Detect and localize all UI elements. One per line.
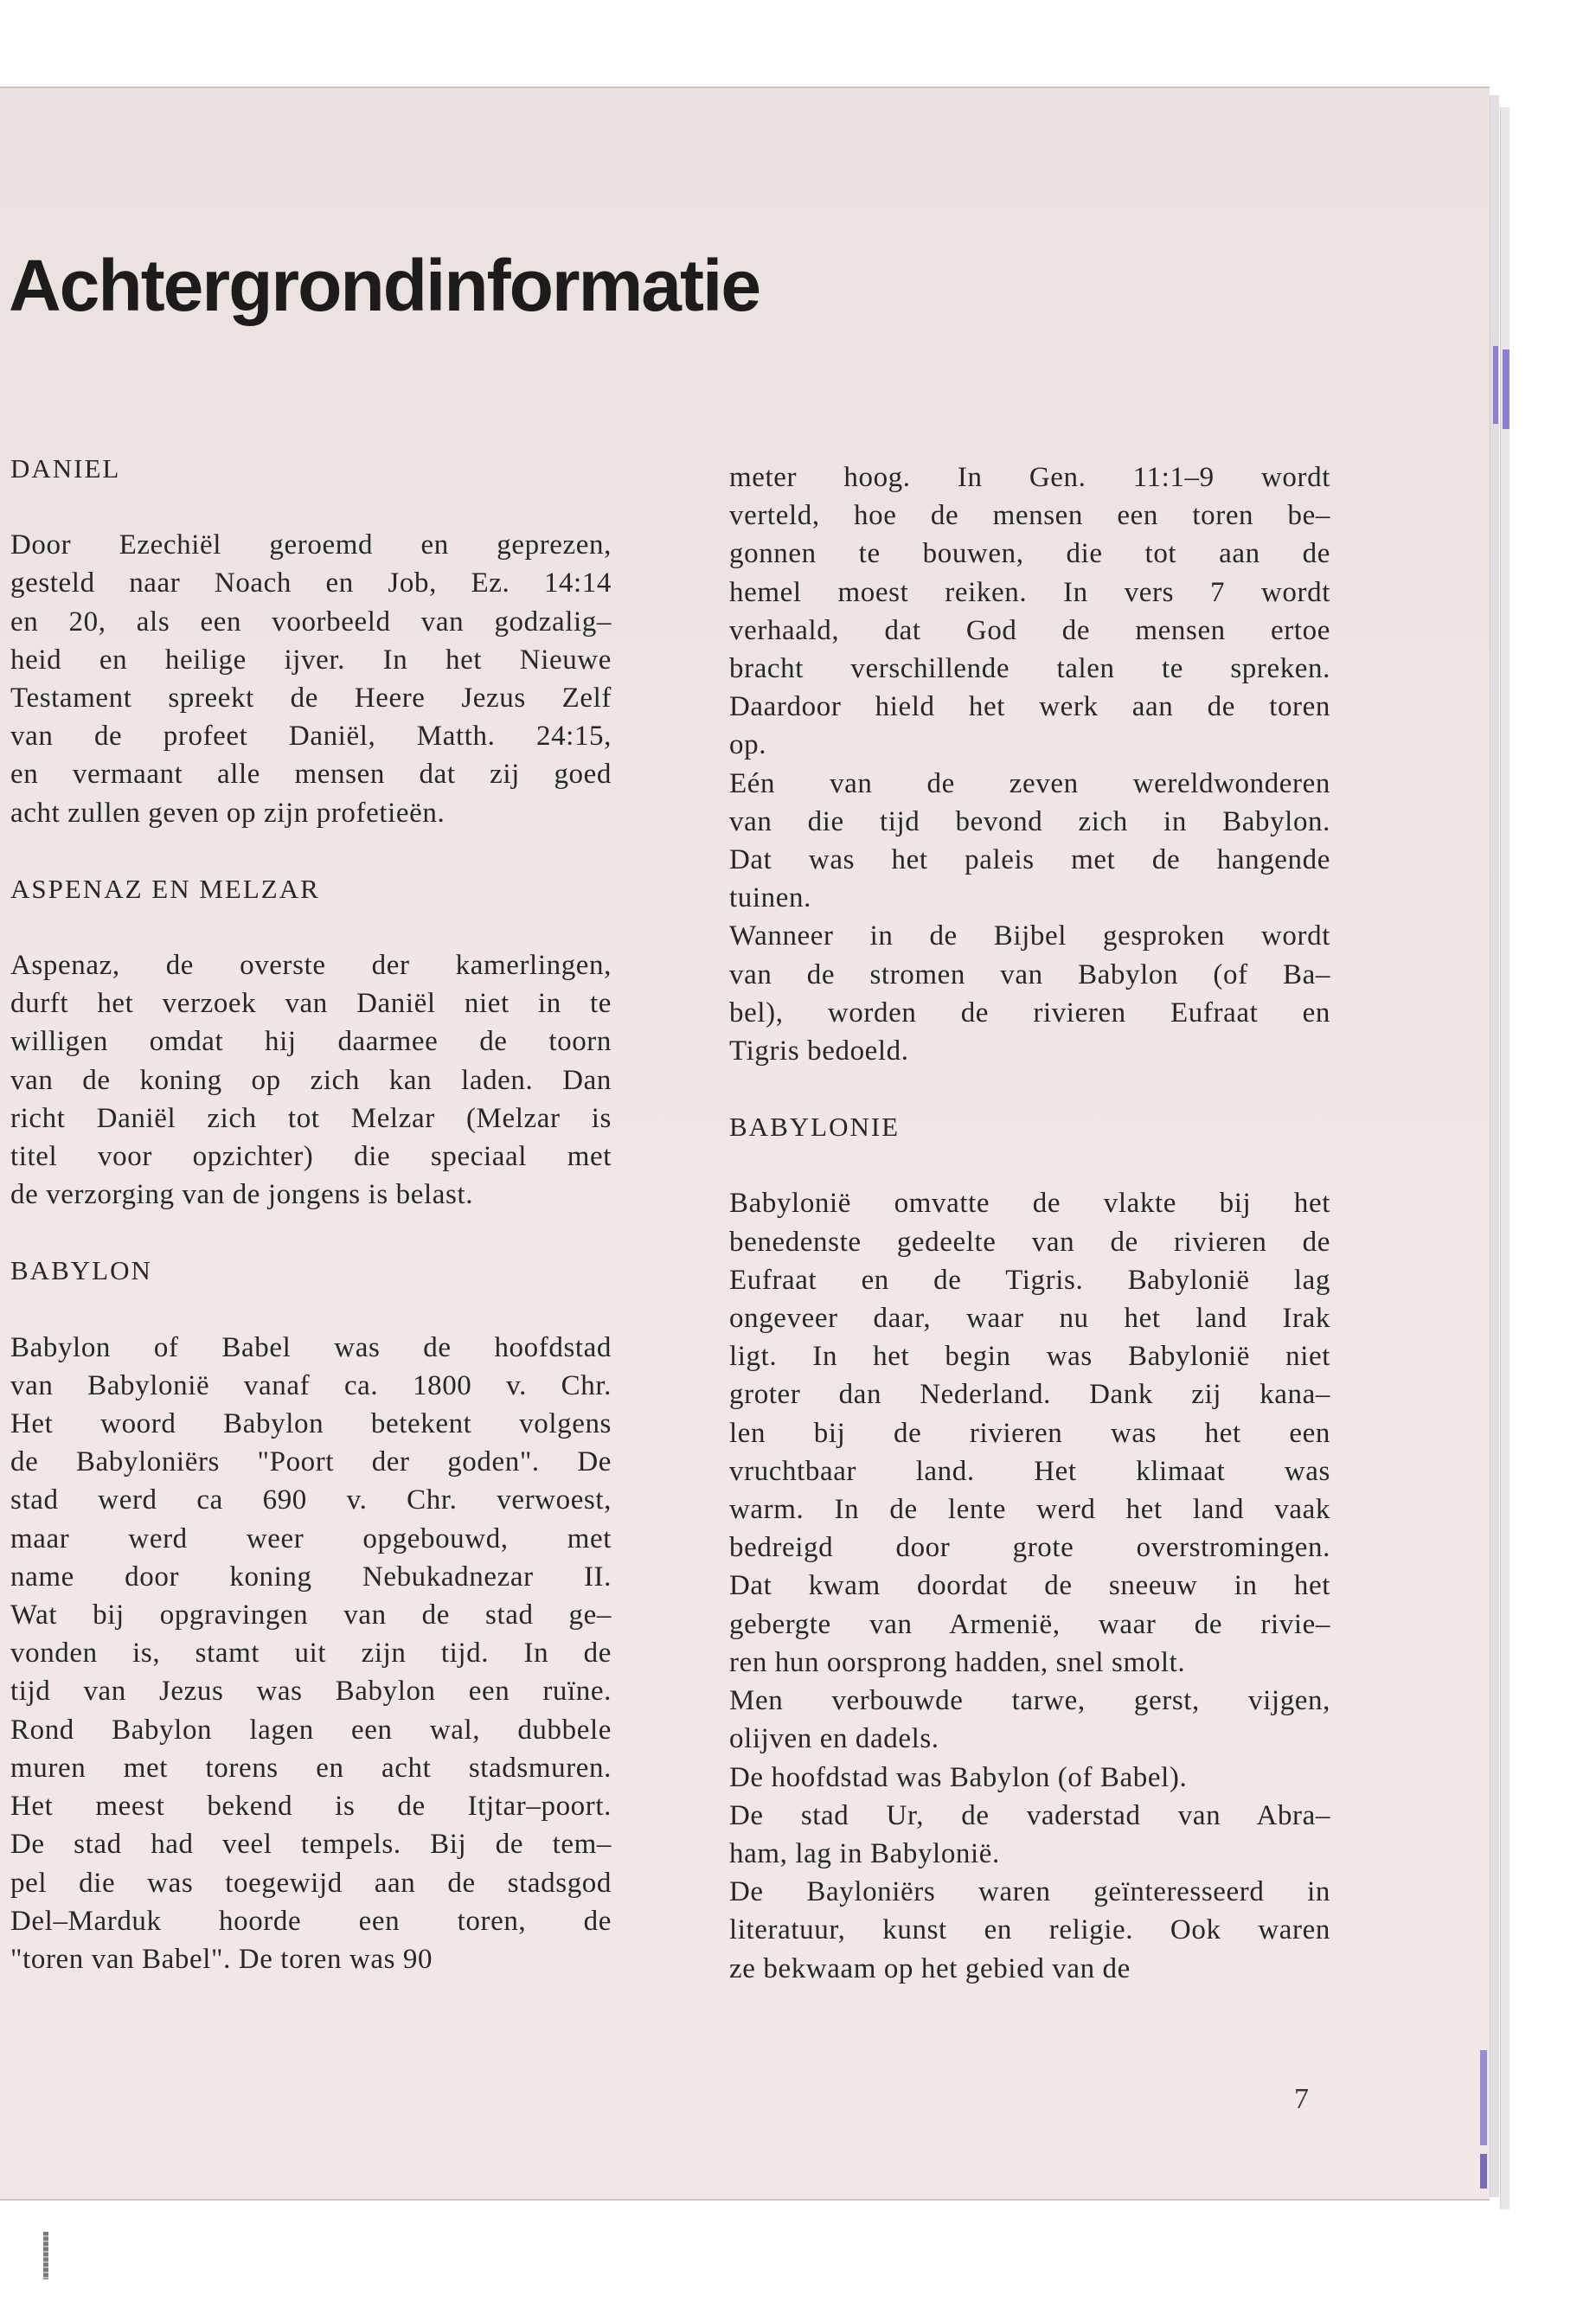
text-line: Del–Marduk hoorde een toren, de xyxy=(10,1902,612,1940)
text-line: titel voor opzichter) die speciaal met xyxy=(10,1138,612,1176)
text-line: Door Ezechiël geroemd en geprezen, xyxy=(10,526,612,564)
hoofdstad-paragraph: De hoofdstad was Babylon (of Babel). xyxy=(729,1759,1330,1797)
text-line: en vermaant alle mensen dat zij goed xyxy=(10,755,612,793)
text-line: bedreigd door grote overstromingen. xyxy=(729,1529,1330,1567)
text-line: literatuur, kunst en religie. Ook waren xyxy=(729,1911,1330,1949)
purple-tab-stripe xyxy=(1480,2154,1487,2189)
text-line: Aspenaz, de overste der kamerlingen, xyxy=(10,946,612,984)
text-line: Dat was het paleis met de hangende xyxy=(729,841,1330,879)
text-line: tuinen. xyxy=(729,879,1330,917)
text-line: Babylon of Babel was de hoofdstad xyxy=(10,1329,612,1367)
page-number: 7 xyxy=(1294,2083,1309,2116)
text-line: ham, lag in Babylonië. xyxy=(729,1835,1330,1873)
purple-tab-stripe xyxy=(1503,349,1509,429)
text-line: pel die was toegewijd aan de stadsgod xyxy=(10,1864,612,1902)
text-line: van de profeet Daniël, Matth. 24:15, xyxy=(10,717,612,755)
text-line: meter hoog. In Gen. 11:1–9 wordt xyxy=(729,458,1330,497)
text-line: Men verbouwde tarwe, gerst, vijgen, xyxy=(729,1682,1330,1720)
text-line: willigen omdat hij daarmee de toorn xyxy=(10,1022,612,1061)
text-line: bracht verschillende talen te spreken. xyxy=(729,650,1330,688)
text-line: maar werd weer opgebouwd, met xyxy=(10,1520,612,1558)
text-line: benedenste gedeelte van de rivieren de xyxy=(729,1223,1330,1261)
text-line: vruchtbaar land. Het klimaat was xyxy=(729,1452,1330,1490)
ur-paragraph: De stad Ur, de vaderstad van Abra–ham, l… xyxy=(729,1797,1330,1873)
text-line: gebergte van Armenië, waar de rivie– xyxy=(729,1606,1330,1644)
gewassen-paragraph: Men verbouwde tarwe, gerst, vijgen,olijv… xyxy=(729,1682,1330,1758)
text-line: warm. In de lente werd het land vaak xyxy=(729,1490,1330,1529)
text-line: De hoofdstad was Babylon (of Babel). xyxy=(729,1759,1330,1797)
section-body-babylonie: Babylonië omvatte de vlakte bij hetbened… xyxy=(729,1184,1330,1682)
text-line: Tigris bedoeld. xyxy=(729,1032,1330,1070)
text-line: Babylonië omvatte de vlakte bij het xyxy=(729,1184,1330,1222)
section-body-babylon: Babylon of Babel was de hoofdstadvan Bab… xyxy=(10,1329,612,1978)
wereldwonderen-paragraph: Eén van de zeven wereldwonderenvan die t… xyxy=(729,765,1330,918)
stromen-paragraph: Wanneer in de Bijbel gesproken wordtvan … xyxy=(729,917,1330,1070)
text-line: Het woord Babylon betekent volgens xyxy=(10,1405,612,1443)
text-line: van Babylonië vanaf ca. 1800 v. Chr. xyxy=(10,1367,612,1405)
text-line: Testament spreekt de Heere Jezus Zelf xyxy=(10,679,612,717)
purple-tab-stripe xyxy=(1493,346,1498,424)
text-line: len bij de rivieren was het een xyxy=(729,1414,1330,1452)
text-line: van die tijd bevond zich in Babylon. xyxy=(729,803,1330,841)
text-line: tijd van Jezus was Babylon een ruïne. xyxy=(10,1672,612,1710)
text-line: en 20, als een voorbeeld van godzalig– xyxy=(10,603,612,641)
text-line: richt Daniël zich tot Melzar (Melzar is xyxy=(10,1099,612,1138)
text-line: name door koning Nebukadnezar II. xyxy=(10,1558,612,1596)
text-line: groter dan Nederland. Dank zij kana– xyxy=(729,1375,1330,1413)
scan-artifact-mark xyxy=(43,2232,48,2279)
babyloniers-paragraph: De Bayloniërs waren geïnteresseerd inlit… xyxy=(729,1873,1330,1988)
text-line: Rond Babylon lagen een wal, dubbele xyxy=(10,1711,612,1749)
text-line: De stad Ur, de vaderstad van Abra– xyxy=(729,1797,1330,1835)
section-heading-babylon: BABYLON xyxy=(10,1252,612,1290)
text-line: gonnen te bouwen, die tot aan de xyxy=(729,535,1330,573)
text-line: van de koning op zich kan laden. Dan xyxy=(10,1061,612,1099)
section-body-daniel: Door Ezechiël geroemd en geprezen,gestel… xyxy=(10,526,612,832)
text-line: ren hun oorsprong hadden, snel smolt. xyxy=(729,1644,1330,1682)
text-line: verhaald, dat God de mensen ertoe xyxy=(729,612,1330,650)
left-column: DANIEL Door Ezechiël geroemd en geprezen… xyxy=(10,450,612,1978)
text-line: Eén van de zeven wereldwonderen xyxy=(729,765,1330,803)
text-line: Wanneer in de Bijbel gesproken wordt xyxy=(729,917,1330,955)
section-heading-aspenaz-en-melzar: ASPENAZ EN MELZAR xyxy=(10,870,612,908)
text-line: Daardoor hield het werk aan de toren xyxy=(729,688,1330,726)
text-line: ongeveer daar, waar nu het land Irak xyxy=(729,1299,1330,1337)
text-line: de verzorging van de jongens is belast. xyxy=(10,1176,612,1214)
text-line: de Babyloniërs "Poort der goden". De xyxy=(10,1443,612,1481)
section-body-aspenaz-en-melzar: Aspenaz, de overste der kamerlingen,durf… xyxy=(10,946,612,1214)
text-line: Het meest bekend is de Itjtar–poort. xyxy=(10,1787,612,1825)
page-title: Achtergrondinformatie xyxy=(9,244,760,328)
text-line: stad werd ca 690 v. Chr. verwoest, xyxy=(10,1481,612,1519)
text-line: bel), worden de rivieren Eufraat en xyxy=(729,994,1330,1032)
text-line: hemel moest reiken. In vers 7 wordt xyxy=(729,574,1330,612)
text-line: verteld, hoe de mensen een toren be– xyxy=(729,497,1330,535)
right-column: meter hoog. In Gen. 11:1–9 wordtverteld,… xyxy=(729,458,1330,1988)
text-line: heid en heilige ijver. In het Nieuwe xyxy=(10,641,612,679)
text-line: ze bekwaam op het gebied van de xyxy=(729,1950,1330,1988)
text-line: "toren van Babel". De toren was 90 xyxy=(10,1940,612,1978)
text-line: olijven en dadels. xyxy=(729,1720,1330,1758)
text-line: Wat bij opgravingen van de stad ge– xyxy=(10,1596,612,1634)
text-line: De stad had veel tempels. Bij de tem– xyxy=(10,1825,612,1863)
text-line: muren met torens en acht stadsmuren. xyxy=(10,1749,612,1787)
purple-tab-stripe xyxy=(1480,2050,1487,2145)
text-line: durft het verzoek van Daniël niet in te xyxy=(10,984,612,1022)
text-line: Eufraat en de Tigris. Babylonië lag xyxy=(729,1261,1330,1299)
text-line: vonden is, stamt uit zijn tijd. In de xyxy=(10,1634,612,1672)
text-line: op. xyxy=(729,726,1330,764)
text-line: van de stromen van Babylon (of Ba– xyxy=(729,956,1330,994)
text-line: De Bayloniërs waren geïnteresseerd in xyxy=(729,1873,1330,1911)
section-heading-daniel: DANIEL xyxy=(10,450,612,488)
text-line: acht zullen geven op zijn profetieën. xyxy=(10,794,612,832)
section-heading-babylonie: BABYLONIE xyxy=(729,1108,1330,1146)
text-line: Dat kwam doordat de sneeuw in het xyxy=(729,1567,1330,1605)
text-line: gesteld naar Noach en Job, Ez. 14:14 xyxy=(10,564,612,602)
text-line: ligt. In het begin was Babylonië niet xyxy=(729,1337,1330,1375)
babylon-continuation-paragraph: meter hoog. In Gen. 11:1–9 wordtverteld,… xyxy=(729,458,1330,765)
